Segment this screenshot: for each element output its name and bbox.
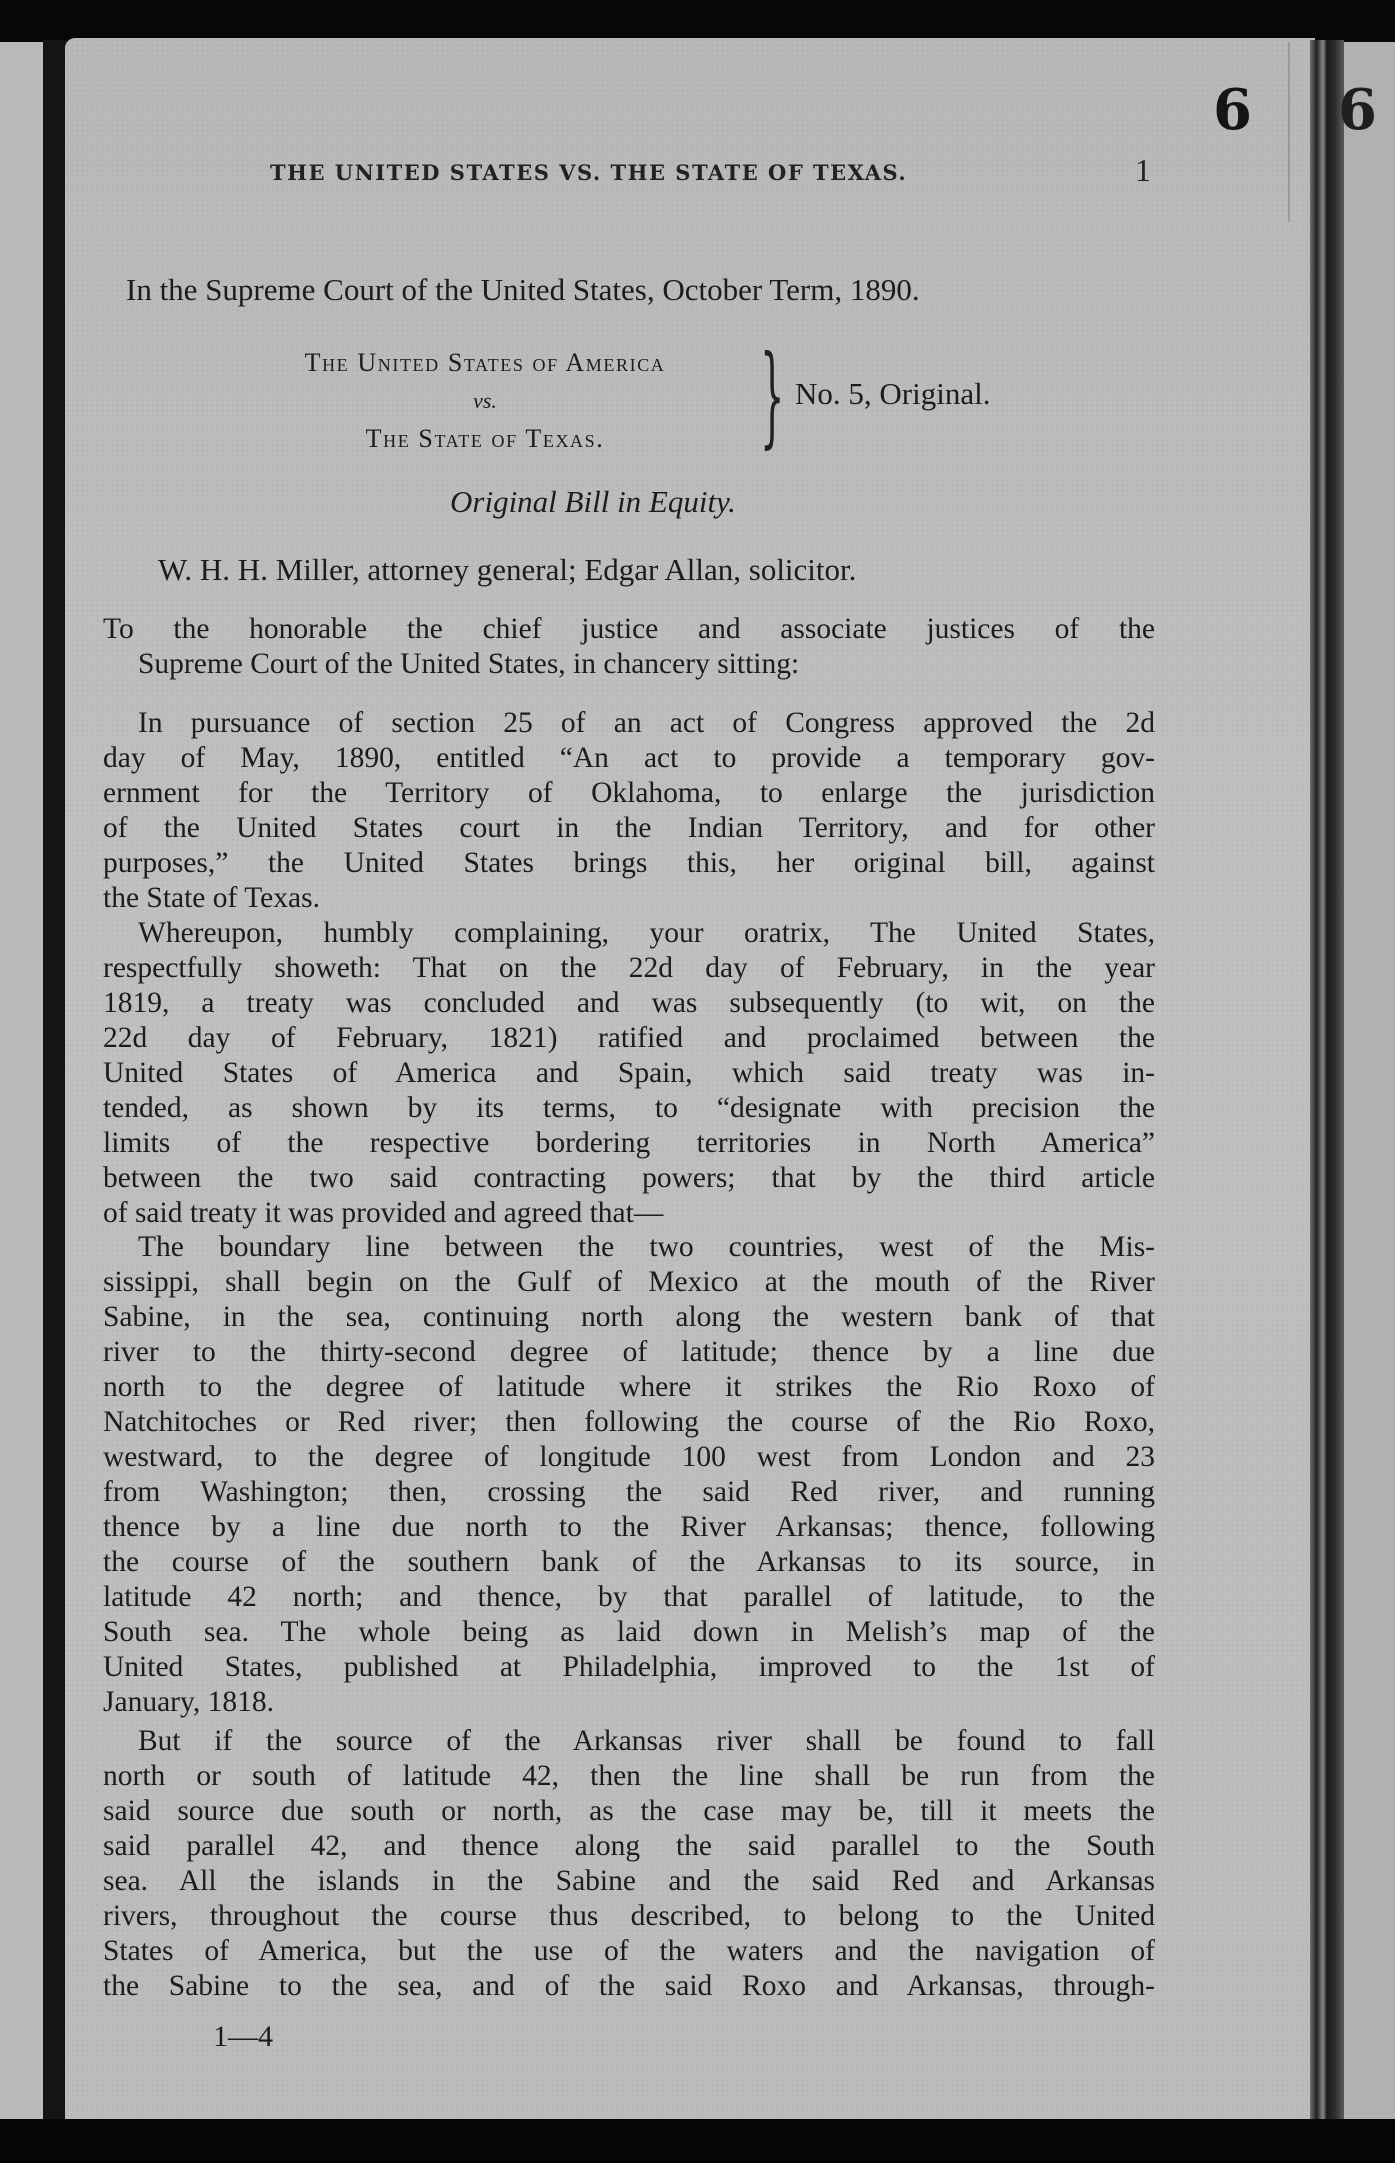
caption-brace-icon: } <box>760 340 785 450</box>
body-line: westward, to the degree of longitude 100… <box>103 1440 1155 1475</box>
signature-mark: 1—4 <box>213 2020 273 2054</box>
body-line: Sabine, in the sea, continuing north alo… <box>103 1300 1155 1335</box>
body-line: tended, as shown by its terms, to “desig… <box>103 1091 1155 1126</box>
body-line: To the honorable the chief justice and a… <box>103 612 1155 647</box>
body-line: sissippi, shall begin on the Gulf of Mex… <box>103 1265 1155 1300</box>
sheet-number: 6 <box>1213 82 1252 138</box>
page-fold-line <box>1288 42 1290 222</box>
bill-title: Original Bill in Equity. <box>450 484 736 520</box>
body-line: United States of America and Spain, whic… <box>103 1056 1155 1091</box>
body-line: ernment for the Territory of Oklahoma, t… <box>103 776 1155 811</box>
case-caption: The United States of America vs. The Sta… <box>195 344 775 458</box>
adjacent-sheet-number: 6 <box>1338 82 1395 138</box>
scan-frame-bottom <box>0 2119 1395 2163</box>
body-line: said source due south or north, as the c… <box>103 1794 1155 1829</box>
body-line: said parallel 42, and thence along the s… <box>103 1829 1155 1864</box>
body-line: January, 1818. <box>103 1685 1155 1720</box>
scan-frame-top <box>0 0 1395 42</box>
body-line: river to the thirty-second degree of lat… <box>103 1335 1155 1370</box>
counsel-line: W. H. H. Miller, attorney general; Edgar… <box>158 552 856 588</box>
running-head: The United States vs. The State of Texas… <box>270 160 907 185</box>
case-number: No. 5, Original. <box>795 376 990 412</box>
body-line: Supreme Court of the United States, in c… <box>138 647 1155 682</box>
body-line: United States, published at Philadelphia… <box>103 1650 1155 1685</box>
body-line: the Sabine to the sea, and of the said R… <box>103 1969 1155 2004</box>
body-line: respectfully showeth: That on the 22d da… <box>103 951 1155 986</box>
body-line: sea. All the islands in the Sabine and t… <box>103 1864 1155 1899</box>
body-line: South sea. The whole being as laid down … <box>103 1615 1155 1650</box>
body-line: between the two said contracting powers;… <box>103 1161 1155 1196</box>
body-line: day of May, 1890, entitled “An act to pr… <box>103 741 1155 776</box>
body-line: States of America, but the use of the wa… <box>103 1934 1155 1969</box>
body-line: The boundary line between the two countr… <box>138 1230 1155 1265</box>
body-line: north to the degree of latitude where it… <box>103 1370 1155 1405</box>
body-line: thence by a line due north to the River … <box>103 1510 1155 1545</box>
next-page-edge <box>1344 42 1395 2119</box>
previous-page-edge <box>0 42 44 2119</box>
body-line: purposes,” the United States brings this… <box>103 846 1155 881</box>
body-line: 1819, a treaty was concluded and was sub… <box>103 986 1155 1021</box>
court-heading: In the Supreme Court of the United State… <box>126 272 920 308</box>
body-line: of said treaty it was provided and agree… <box>103 1196 1155 1231</box>
defendant-name: The State of Texas. <box>195 420 775 458</box>
body-line: But if the source of the Arkansas river … <box>138 1724 1155 1759</box>
body-line: Whereupon, humbly complaining, your orat… <box>138 916 1155 951</box>
body-line: Natchitoches or Red river; then followin… <box>103 1405 1155 1440</box>
body-line: limits of the respective bordering terri… <box>103 1126 1155 1161</box>
versus-label: vs. <box>195 382 775 420</box>
page-number: 1 <box>1135 152 1151 189</box>
right-binding-spine <box>1310 40 1344 2122</box>
body-line: from Washington; then, crossing the said… <box>103 1475 1155 1510</box>
body-line: north or south of latitude 42, then the … <box>103 1759 1155 1794</box>
body-line: latitude 42 north; and thence, by that p… <box>103 1580 1155 1615</box>
body-line: In pursuance of section 25 of an act of … <box>138 706 1155 741</box>
body-line: 22d day of February, 1821) ratified and … <box>103 1021 1155 1056</box>
plaintiff-name: The United States of America <box>195 344 775 382</box>
body-line: rivers, throughout the course thus descr… <box>103 1899 1155 1934</box>
body-line: the course of the southern bank of the A… <box>103 1545 1155 1580</box>
body-line: the State of Texas. <box>103 881 1155 916</box>
left-binding-shadow <box>43 40 67 2122</box>
body-line: of the United States court in the Indian… <box>103 811 1155 846</box>
